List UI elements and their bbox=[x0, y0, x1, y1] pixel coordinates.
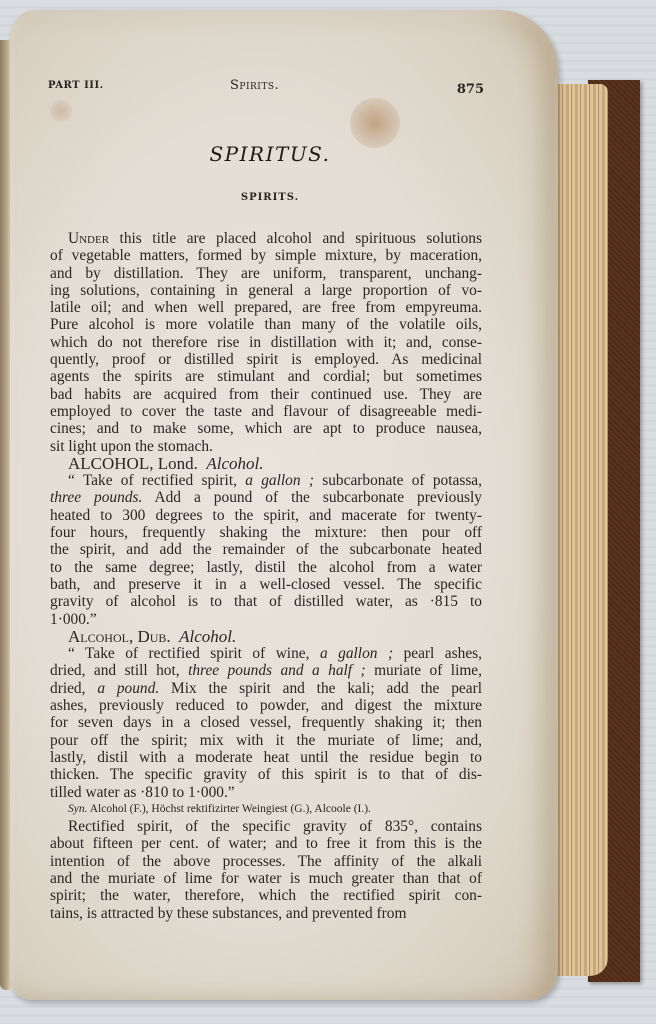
text-line: gravity of alcohol is to that of distill… bbox=[50, 593, 482, 610]
text-line: pour off the spirit; mix with it the mur… bbox=[50, 732, 482, 749]
text-line: dried, a pound. Mix the spirit and the k… bbox=[50, 680, 482, 697]
closing-paragraph: Rectified spirit, of the specific gravit… bbox=[50, 818, 482, 922]
running-head: PART III. Spirits. 875 bbox=[48, 78, 484, 98]
text-line: three pounds. Add a pound of the subcarb… bbox=[50, 489, 482, 506]
intro-paragraph: Under this title are placed alcohol and … bbox=[50, 230, 482, 455]
text-line: Rectified spirit, of the specific gravit… bbox=[50, 818, 482, 835]
part-label: PART III. bbox=[48, 80, 104, 91]
synonyms-line: Syn. Alcohol (F.), Höchst rektifizirter … bbox=[50, 801, 482, 818]
text-line: ashes, previously reduced to powder, and… bbox=[50, 697, 482, 714]
text-line: dried, and still hot, three pounds and a… bbox=[50, 662, 482, 679]
text-line: tilled water as ·810 to 1·000.” bbox=[50, 784, 482, 801]
page-number: 875 bbox=[457, 82, 484, 97]
recipe-london: “ Take of rectified spirit, a gallon ; s… bbox=[50, 472, 482, 628]
entry-heading-dublin: Alcohol, Dub. Alcohol. bbox=[50, 628, 482, 645]
text-line: and the muriate of lime for water is muc… bbox=[50, 870, 482, 887]
text-line: tains, is attracted by these substances,… bbox=[50, 905, 482, 922]
text-line: “ Take of rectified spirit of wine, a ga… bbox=[50, 645, 482, 662]
chapter-title: SPIRITUS. bbox=[40, 142, 500, 166]
chapter-subtitle: SPIRITS. bbox=[40, 192, 500, 203]
synonyms-label: Syn. bbox=[68, 803, 87, 815]
text-line: lastly, distil with a moderate heat unti… bbox=[50, 749, 482, 766]
text-line: employed to cover the taste and flavour … bbox=[50, 403, 482, 420]
entry-name: Alcohol, Dub. bbox=[68, 627, 171, 646]
text-line: which do not therefore rise in distillat… bbox=[50, 334, 482, 351]
entry-latin: Alcohol. bbox=[179, 627, 236, 646]
entry-latin: Alcohol. bbox=[206, 454, 263, 473]
text-line: heated to 300 degrees to the spirit, and… bbox=[50, 507, 482, 524]
text-line: sit light upon the stomach. bbox=[50, 438, 482, 455]
text-line: the spirit, and add the remainder of the… bbox=[50, 541, 482, 558]
text-line: 1·000.” bbox=[50, 611, 482, 628]
section-title: Spirits. bbox=[230, 78, 279, 93]
text-line: of vegetable matters, formed by simple m… bbox=[50, 247, 482, 264]
text-line: “ Take of rectified spirit, a gallon ; s… bbox=[50, 472, 482, 489]
text-line: bath, and preserve it in a well-closed v… bbox=[50, 576, 482, 593]
text-line: bad habits are acquired from their conti… bbox=[50, 386, 482, 403]
text-line: spirit; the water, therefore, which the … bbox=[50, 887, 482, 904]
text-line: Under this title are placed alcohol and … bbox=[50, 230, 482, 247]
text-line: to the same degree; lastly, distil the a… bbox=[50, 559, 482, 576]
entry-heading-london: ALCOHOL, Lond. Alcohol. bbox=[50, 455, 482, 472]
foxing-stain bbox=[350, 98, 400, 148]
recipe-dublin: “ Take of rectified spirit of wine, a ga… bbox=[50, 645, 482, 801]
text-line: about fifteen per cent. of water; and to… bbox=[50, 835, 482, 852]
text-line: intention of the above processes. The af… bbox=[50, 853, 482, 870]
text-line: for seven days in a closed vessel, frequ… bbox=[50, 714, 482, 731]
text-line: latile oil; and when well prepared, are … bbox=[50, 299, 482, 316]
synonyms-text: Alcohol (F.), Höchst rektifizirter Weing… bbox=[87, 803, 370, 815]
body-text: Under this title are placed alcohol and … bbox=[50, 230, 482, 922]
lead-word: Under bbox=[68, 230, 109, 247]
text-line: agents the spirits are stimulant and cor… bbox=[50, 368, 482, 385]
text-line: quently, proof or distilled spirit is em… bbox=[50, 351, 482, 368]
foxing-stain bbox=[50, 100, 72, 122]
text-line: thicken. The specific gravity of this sp… bbox=[50, 766, 482, 783]
text-line: cines; and to make some, which are apt t… bbox=[50, 420, 482, 437]
text-line: Pure alcohol is more volatile than many … bbox=[50, 316, 482, 333]
text-line: four hours, frequently shaking the mixtu… bbox=[50, 524, 482, 541]
text-line: ing solutions, containing in general a l… bbox=[50, 282, 482, 299]
entry-name: ALCOHOL, Lond. bbox=[68, 454, 198, 473]
text-line: and by distillation. They are uniform, t… bbox=[50, 265, 482, 282]
